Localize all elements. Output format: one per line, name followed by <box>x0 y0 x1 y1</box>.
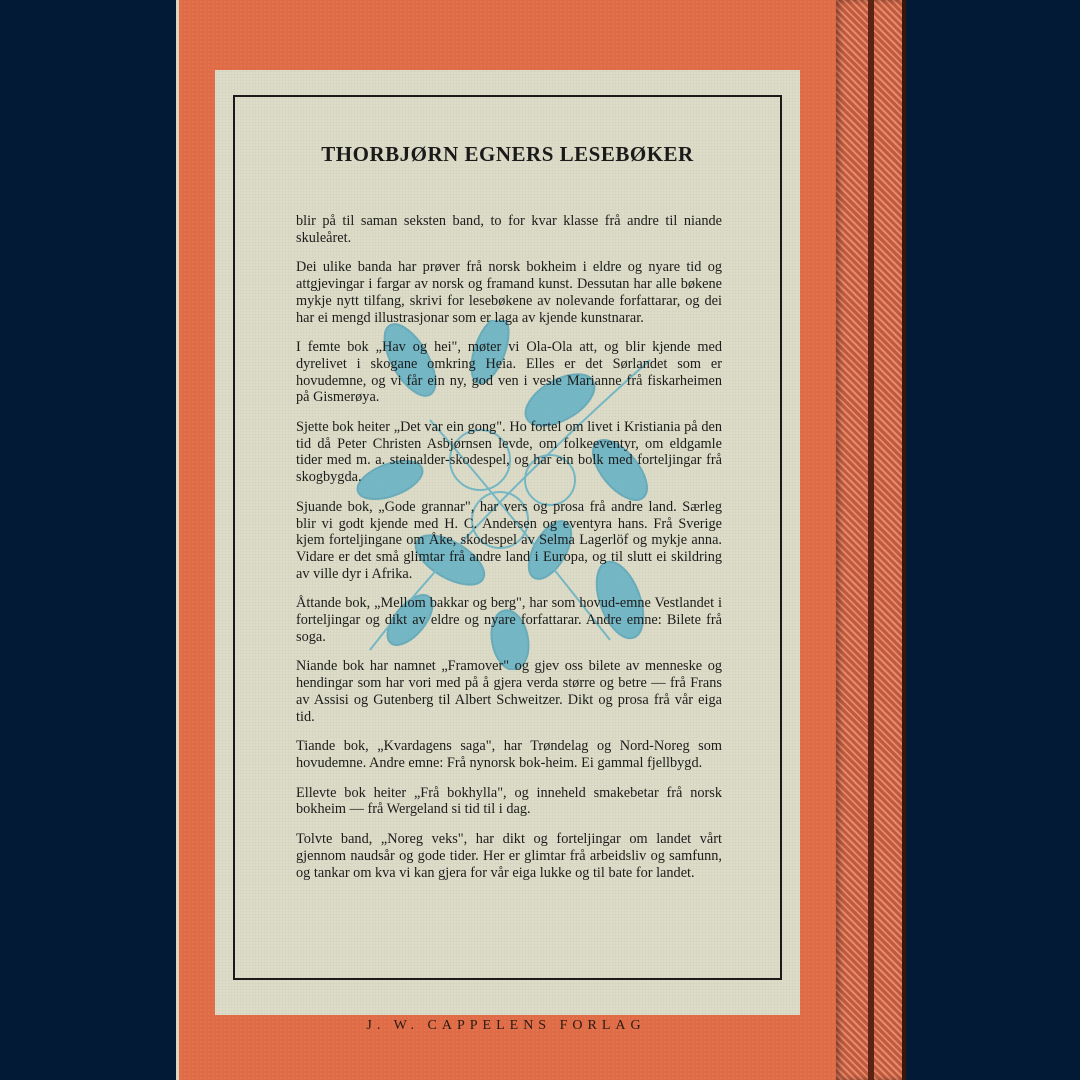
paragraph: Niande bok har namnet „Framover" og gjev… <box>296 658 722 725</box>
publisher-name: J. W. CAPPELENS FORLAG <box>176 1018 836 1034</box>
cover-title: THORBJØRN EGNERS LESEBØKER <box>233 142 782 167</box>
cover-text: blir på til saman seksten band, to for k… <box>296 213 722 894</box>
paragraph: Ellevte bok heiter „Frå bokhylla", og in… <box>296 785 722 818</box>
spine-groove <box>868 0 874 1080</box>
paragraph: Tolvte band, „Noreg veks", har dikt og f… <box>296 831 722 881</box>
paragraph: Dei ulike banda har prøver frå norsk bok… <box>296 259 722 326</box>
book-spine <box>836 0 906 1080</box>
paragraph: Sjuande bok, „Gode grannar", har vers og… <box>296 499 722 583</box>
paragraph: I femte bok „Hav og hei", møter vi Ola-O… <box>296 339 722 406</box>
paragraph: Sjette bok heiter „Det var ein gong". Ho… <box>296 419 722 486</box>
paragraph: Tiande bok, „Kvardagens saga", har Trønd… <box>296 738 722 771</box>
paragraph: Åttande bok, „Mellom bakkar og berg", ha… <box>296 595 722 645</box>
spine-edge <box>902 0 906 1080</box>
paragraph: blir på til saman seksten band, to for k… <box>296 213 722 246</box>
